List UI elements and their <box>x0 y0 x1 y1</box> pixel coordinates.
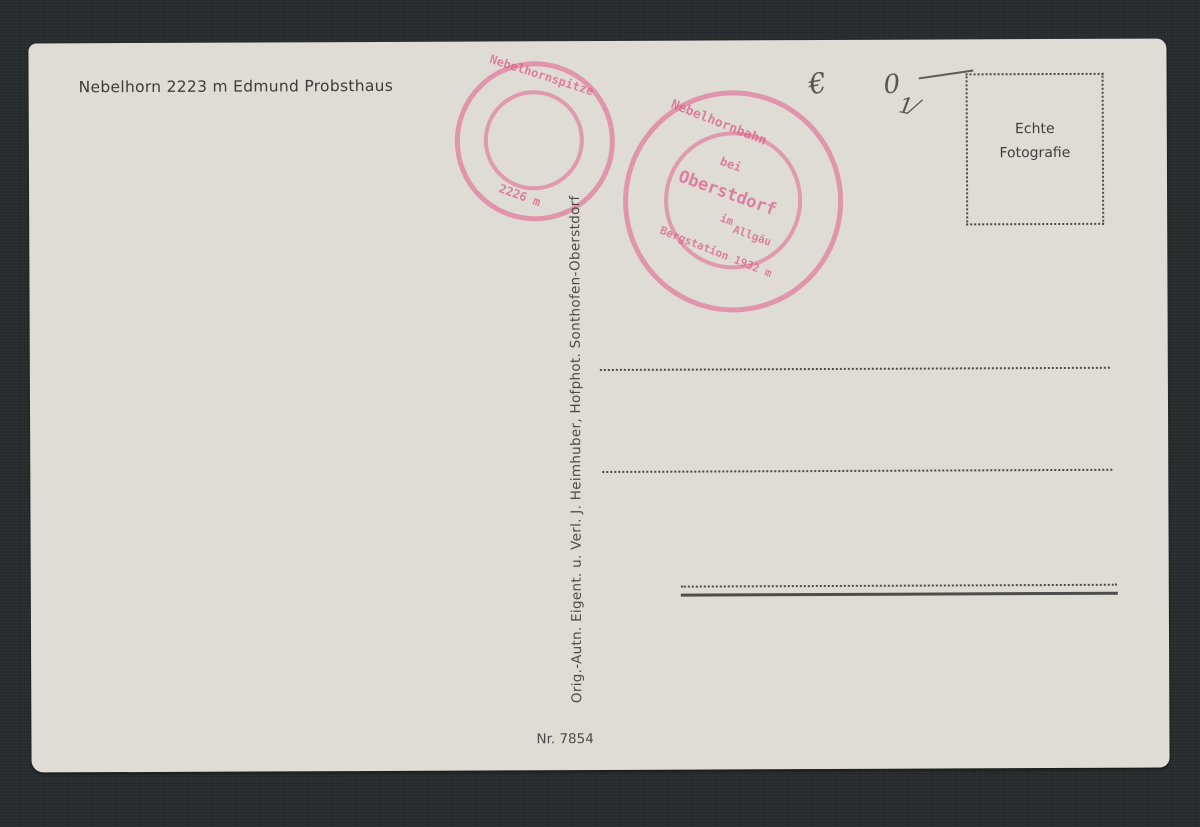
pencil-zero-mark: 0 <box>882 69 901 100</box>
address-line-2 <box>602 469 1112 473</box>
pencil-one-mark: 1⁄ <box>897 93 919 121</box>
stamp-box-line-2: Fotografie <box>968 145 1102 162</box>
red-stamp-nebelhornbahn: Nebelhornbahn bei Oberstdorf im Allgäu B… <box>623 90 844 313</box>
postcard-title: Nebelhorn 2223 m Edmund Probsthaus <box>79 77 394 96</box>
publisher-credit: Orig.-Autn. Eigent. u. Verl. J. Heimhube… <box>567 195 585 703</box>
postage-stamp-box: Echte Fotografie <box>966 73 1105 226</box>
postcard-back: Nebelhorn 2223 m Edmund Probsthaus Nebel… <box>28 39 1169 773</box>
pencil-euro-mark: € <box>806 66 829 102</box>
address-line-3 <box>681 584 1117 588</box>
red-stamp-nebelhornspitze: Nebelhornspitze 2226 m <box>454 61 615 222</box>
address-line-1 <box>600 367 1110 371</box>
stamp-box-line-1: Echte <box>968 121 1102 138</box>
address-line-underline <box>681 592 1118 597</box>
card-number: Nr. 7854 <box>536 731 593 747</box>
